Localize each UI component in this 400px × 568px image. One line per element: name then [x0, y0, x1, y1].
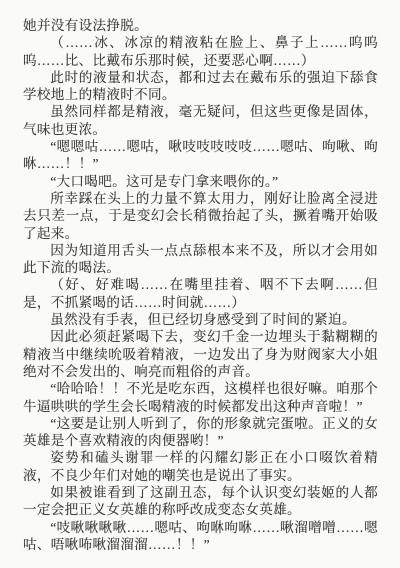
- paragraph: 如果被谁看到了这副丑态，每个认识变幻装姬的人都一定会把正义女英雄的称呼改成变态女…: [23, 484, 378, 519]
- paragraph: 所幸踩在头上的力量不算太用力，刚好让脸离全浸进去只差一点，于是变幻会长稍微抬起了…: [23, 190, 378, 242]
- paragraph: “嗯嗯咕……嗯咕，啾吱吱吱吱吱……嗯咕、呴啾、呴咻……！！”: [23, 138, 378, 173]
- paragraph: 虽然没有手表，但已经切身感受到了时间的紧迫。: [23, 311, 378, 328]
- paragraph: “吱啾啾啾啾……嗯咕、呴咻呴咻……啾溜噌噌……嗯咕、唔啾咘啾溜溜溜……！！”: [23, 519, 378, 554]
- paragraph: “哈哈哈！！不光是吃东西，这模样也很好嘛。咱那个牛逼哄哄的学生会长喝精液的时候都…: [23, 380, 378, 415]
- paragraph: 因为知道用舌头一点点舔根本来不及，所以才会用如此下流的喝法。: [23, 242, 378, 277]
- paragraph: “这要是让别人听到了，你的形象就完蛋啦。正义的女英雄是个喜欢精液的肉便器哟！”: [23, 415, 378, 450]
- document-page: 她并没有设法挣脱。（……冰、冰凉的精液粘在脸上、鼻子上……呜呜呜……比、比戴布乐…: [0, 0, 400, 568]
- paragraph: 因此必须赶紧喝下去，变幻千金一边埋头于黏糊糊的精液当中继续吮吸着精液，一边发出了…: [23, 328, 378, 380]
- paragraph: （……冰、冰凉的精液粘在脸上、鼻子上……呜呜呜……比、比戴布乐那时候，还要恶心啊…: [23, 34, 378, 69]
- paragraph: （好、好难喝……在嘴里挂着、咽不下去啊……但是，不抓紧喝的话……时间就……）: [23, 276, 378, 311]
- paragraph: “大口喝吧。这可是专门拿来喂你的。”: [23, 173, 378, 190]
- text-block: 她并没有设法挣脱。（……冰、冰凉的精液粘在脸上、鼻子上……呜呜呜……比、比戴布乐…: [23, 17, 378, 553]
- paragraph: 此时的液量和状态，都和过去在戴布乐的强迫下舔食学校地上的精液时不同。: [23, 69, 378, 104]
- paragraph: 姿势和磕头谢罪一样的闪耀幻影正在小口啜饮着精液，不良少年们对她的嘲笑也是说出了事…: [23, 449, 378, 484]
- paragraph: 她并没有设法挣脱。: [23, 17, 378, 34]
- paragraph: 虽然同样都是精液，毫无疑问，但这些更像是固体，气味也更浓。: [23, 103, 378, 138]
